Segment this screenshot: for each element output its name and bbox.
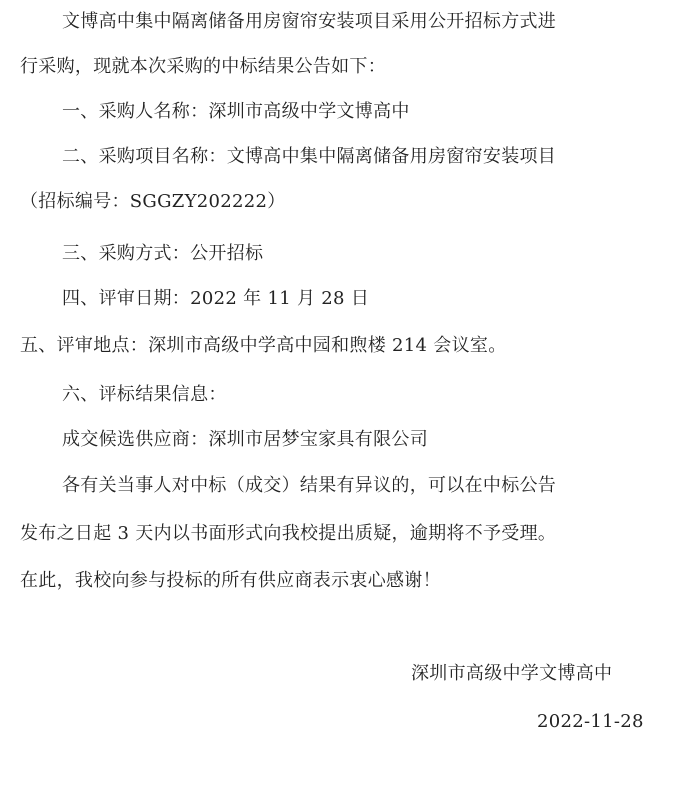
paragraph-intro-line-1: 文博高中集中隔离储备用房窗帘安装项目采用公开招标方式进 — [62, 10, 556, 34]
objection-notice-line-2: 发布之日起 3 天内以书面形式向我校提出质疑，逾期将不予受理。 — [20, 522, 556, 546]
review-date: 四、评审日期：2022 年 11 月 28 日 — [62, 287, 369, 311]
project-name: 二、采购项目名称：文博高中集中隔离储备用房窗帘安装项目 — [62, 145, 556, 169]
signature-organization: 深圳市高级中学文博高中 — [411, 662, 612, 686]
purchaser-name: 一、采购人名称：深圳市高级中学文博高中 — [62, 100, 410, 124]
result-info-heading: 六、评标结果信息： — [62, 383, 227, 407]
procurement-method: 三、采购方式：公开招标 — [62, 242, 263, 266]
thanks-note: 在此，我校向参与投标的所有供应商表示衷心感谢！ — [20, 569, 441, 593]
signature-date: 2022-11-28 — [537, 710, 644, 734]
objection-notice-line-1: 各有关当事人对中标（成交）结果有异议的，可以在中标公告 — [62, 474, 556, 498]
review-location: 五、评审地点：深圳市高级中学高中园和煦楼 214 会议室。 — [20, 334, 507, 358]
winning-supplier: 成交候选供应商：深圳市居梦宝家具有限公司 — [62, 428, 428, 452]
paragraph-intro-line-2: 行采购，现就本次采购的中标结果公告如下： — [20, 55, 386, 79]
tender-number: （招标编号：SGGZY202222） — [20, 190, 286, 214]
